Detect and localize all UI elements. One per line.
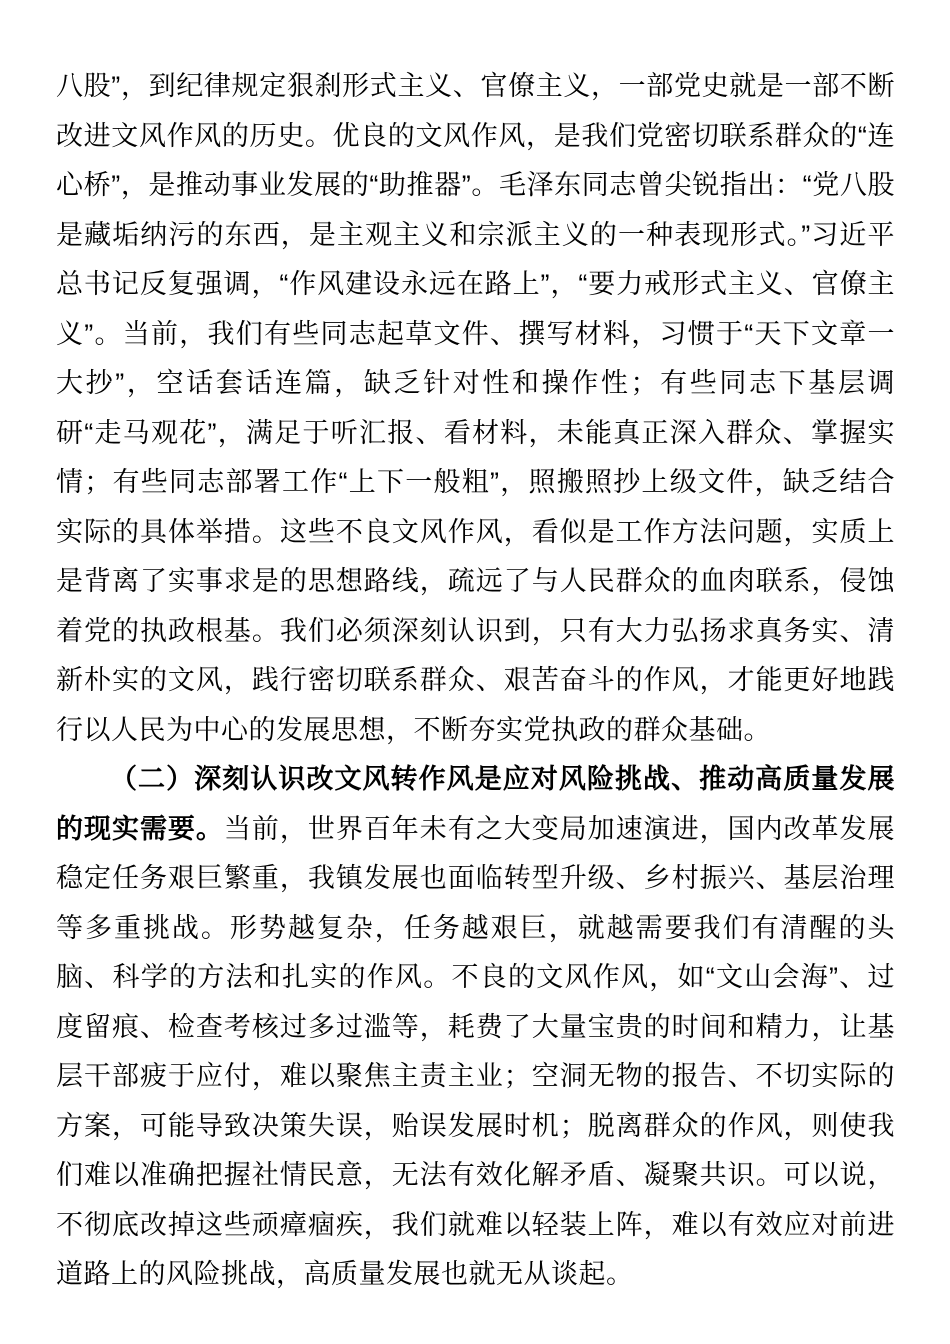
paragraph-section-two: （二）深刻认识改文风转作风是应对风险挑战、推动高质量发展的现实需要。当前，世界百… xyxy=(56,755,895,1300)
section-two-body-text: 当前，世界百年未有之大变局加速演进，国内改革发展稳定任务艰巨繁重，我镇发展也面临… xyxy=(56,814,895,1290)
document-page: 八股”，到纪律规定狠刹形式主义、官僚主义，一部党史就是一部不断改进文风作风的历史… xyxy=(0,0,950,1344)
paragraph-continuation: 八股”，到纪律规定狠刹形式主义、官僚主义，一部党史就是一部不断改进文风作风的历史… xyxy=(56,62,895,755)
